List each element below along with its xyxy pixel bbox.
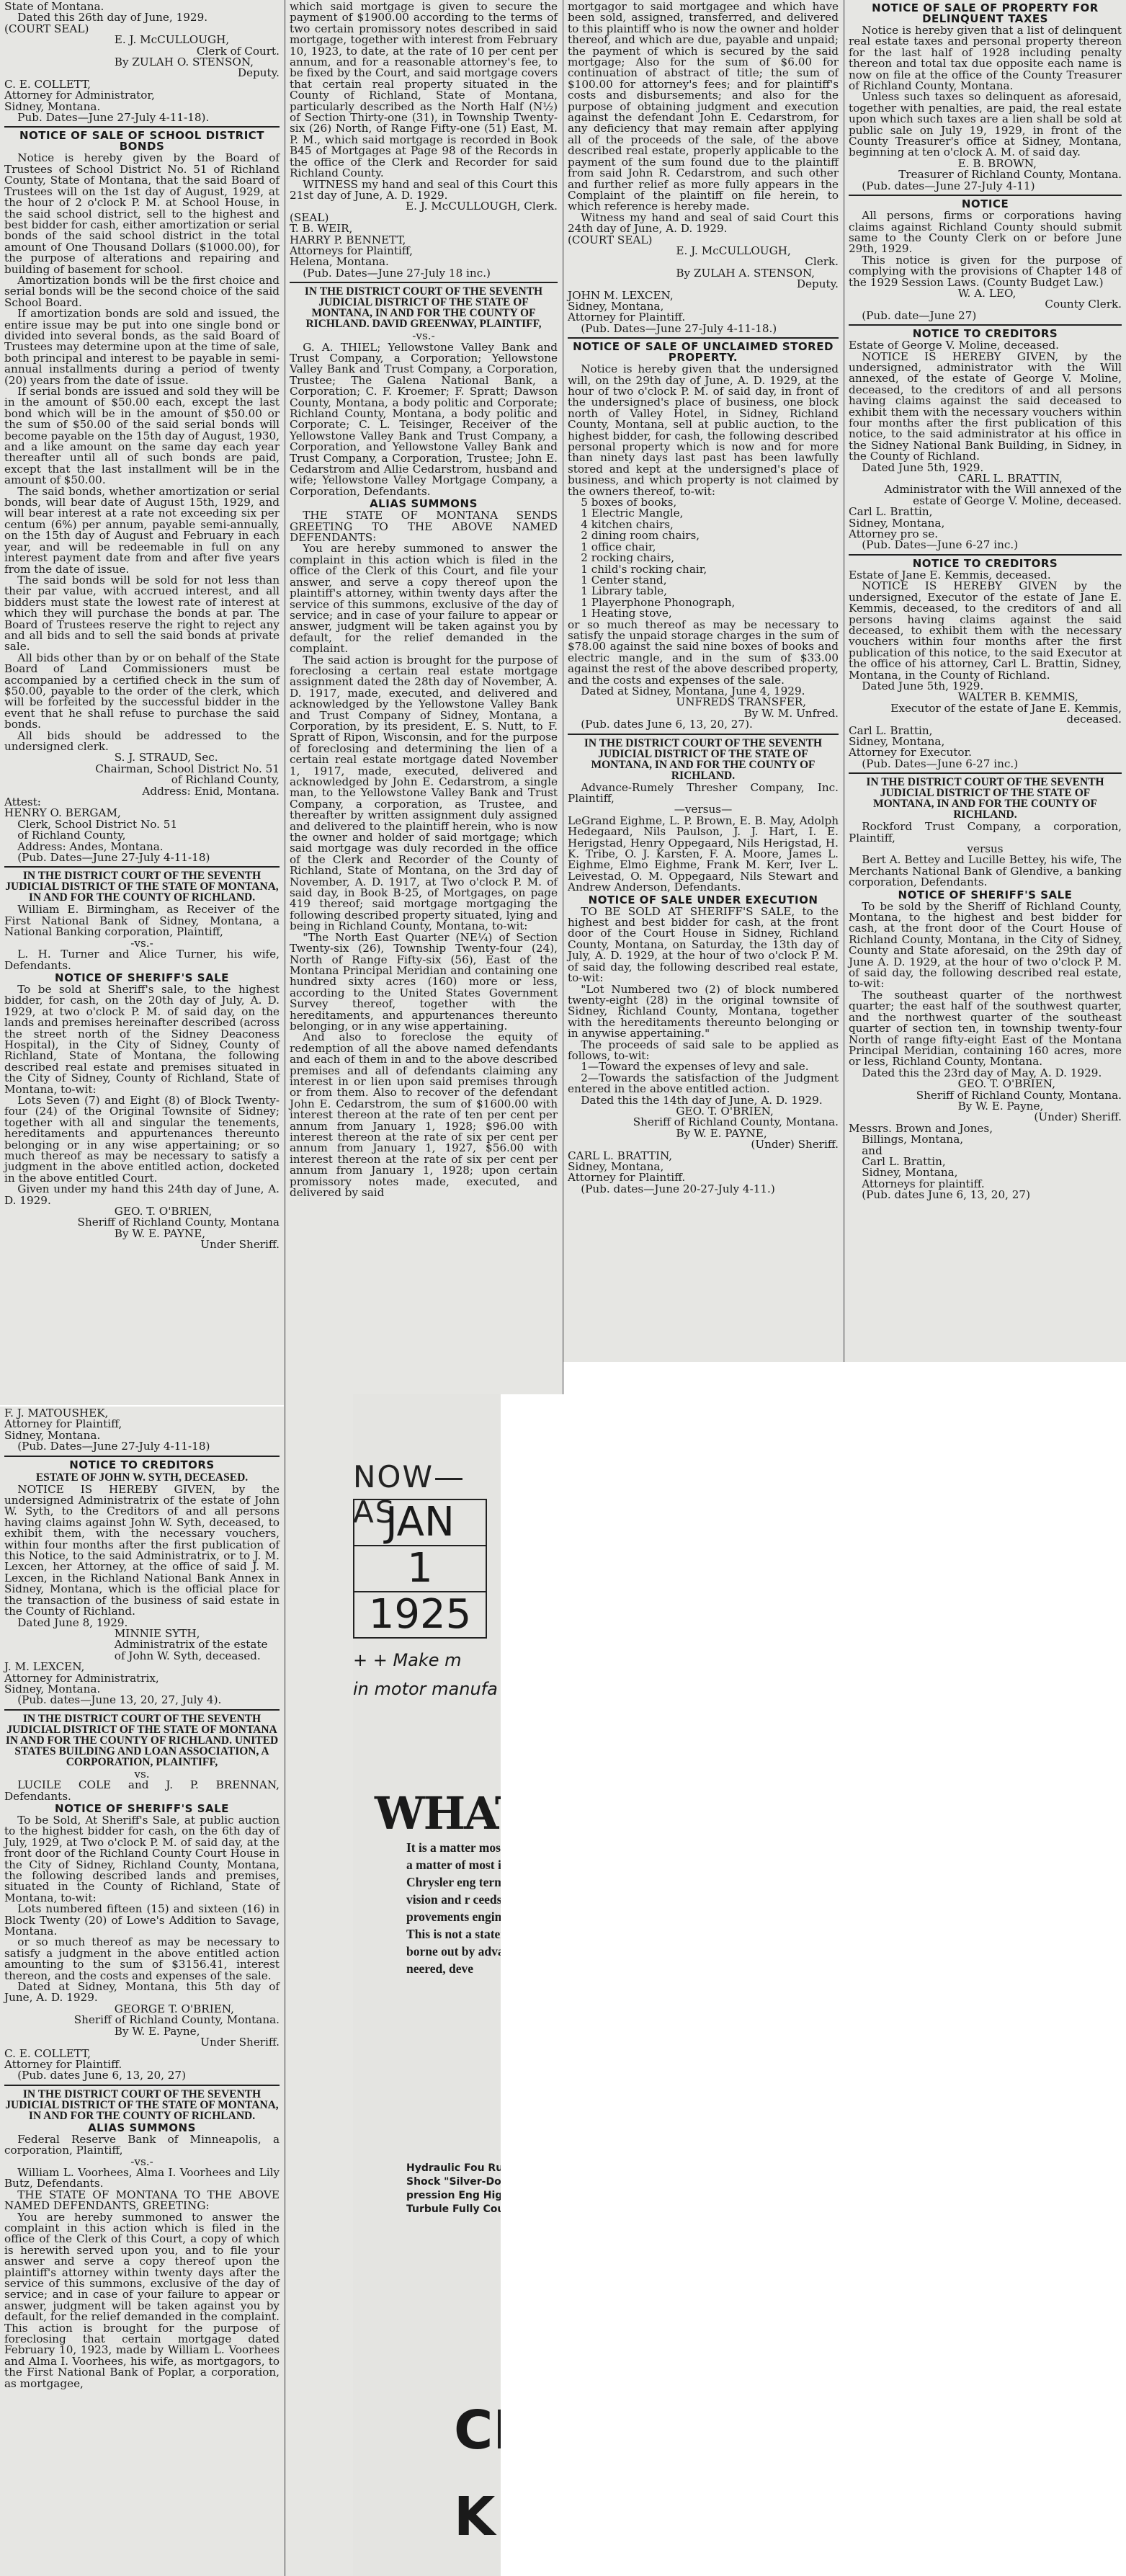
parties: LUCILE COLE and J. P. BRENNAN, Defendant… [4,1780,280,1802]
pub-dates: (Pub. Dates—June 27-July 4-11-18.) [568,324,839,334]
divider [290,282,558,283]
paragraph: Witness my hand and seal of said Court t… [568,213,839,235]
paragraph: or so much thereof as may be necessary t… [568,620,839,686]
paragraph: The said bonds will be sold for not less… [4,575,280,653]
calendar-icon: JAN 1 1925 [353,1499,487,1639]
ad-brand: CH [454,2399,501,2461]
signature-title: Address: Enid, Montana. [4,786,280,797]
paragraph: which said mortgage is given to secure t… [290,1,558,179]
notice-title: NOTICE OF SHERIFF'S SALE [4,1804,280,1814]
column-divider [563,0,563,1394]
pub-dates: (Pub. dates—June 27-July 4-11) [849,181,1122,192]
divider [568,337,839,339]
paragraph: NOTICE IS HEREBY GIVEN, by the undersign… [4,1484,280,1618]
parties: Rockford Trust Company, a corporation, P… [849,821,1122,844]
paragraph: NOTICE IS HEREBY GIVEN by the undersigne… [849,581,1122,681]
estate-name: ESTATE OF JOHN W. SYTH, deceased. [4,1472,280,1483]
paragraph: Unless such taxes so delinquent as afore… [849,92,1122,158]
pub-dates: (Pub. dates—June 13, 20, 27, July 4). [4,1695,280,1706]
divider [849,324,1122,326]
paragraph: All bids other than by or on behalf of t… [4,653,280,731]
court-header: IN THE DISTRICT COURT OF THE SEVENTH JUD… [568,738,839,781]
signature: E. J. McCULLOUGH, [568,246,839,257]
column-divider [844,0,844,1362]
column-3: mortgagor to said mortgagee and which ha… [563,0,843,1362]
pub-dates: (Pub. Dates—June 27-July 4-11-18) [4,852,280,863]
ad-features: Hydraulic Fou Rubber Shock "Silver-Dome"… [406,2162,501,2216]
pub-dates: (Pub. dates—June 20-27-July 4-11.) [568,1184,839,1195]
paragraph: 2—Towards the satisfaction of the Judgme… [568,1073,839,1095]
court-header: IN THE DISTRICT COURT OF THE SEVENTH JUD… [849,777,1122,820]
paragraph: All persons, firms or corporations havin… [849,210,1122,255]
paragraph: Amortization bonds will be the first cho… [4,275,280,308]
paragraph: You are hereby summoned to answer the co… [290,543,558,654]
signature: MINNIE SYTH, Administratrix of the estat… [4,1628,280,1662]
notice-title: NOTICE OF SALE OF PROPERTY FOR DELINQUEN… [849,3,1122,24]
notice-title: NOTICE [849,199,1122,210]
notice-title: ALIAS SUMMONS [4,2123,280,2134]
pub-dates: (Pub. date—June 27) [849,311,1122,321]
paragraph: You are hereby summoned to answer the co… [4,2212,280,2390]
pub-dates: (Pub. dates June 6, 13, 20, 27). [568,719,839,730]
advertisement-chrysler: WHAT It is a matter most in creat a matt… [353,1758,501,2576]
paragraph: "Lot Numbered two (2) of block numbered … [568,984,839,1040]
ad-dealer: KREIS [454,2486,501,2548]
calendar-day: 1 [354,1546,486,1592]
paragraph: or so much thereof as may be necessary t… [4,1937,280,1982]
advertisement-gap [285,1394,353,2576]
signature-title: Administrator with the Will annexed of t… [849,484,1122,507]
divider [568,734,839,735]
notice-title: NOTICE OF SALE OF SCHOOL DISTRICT BONDS [4,130,280,152]
notice-title: NOTICE TO CREDITORS [849,329,1122,339]
advertisement-calendar: NOW—AS JAN 1 1925 + + Make m in motor ma… [353,1394,501,1758]
parties: L. H. Turner and Alice Turner, his wife,… [4,949,280,971]
calendar-year: 1925 [354,1592,486,1637]
divider [4,2085,280,2086]
paragraph: Given under my hand this 24th day of Jun… [4,1184,280,1206]
notice-title: NOTICE OF SALE UNDER EXECUTION [568,895,839,906]
paragraph: Lots Seven (7) and Eight (8) of Block Tw… [4,1095,280,1184]
court-header: IN THE DISTRICT COURT OF THE SEVENTH JUD… [290,286,558,329]
paragraph: The said action is brought for the purpo… [290,655,558,932]
notice-title: NOTICE TO CREDITORS [849,558,1122,569]
pub-dates: (Pub. Dates—June 27-July 18 inc.) [290,268,558,279]
pub-dates: (Pub. Dates—June 6-27 inc.) [849,759,1122,770]
parties: LeGrand Eighme, L. P. Brown, E. B. May, … [568,816,839,893]
divider [849,554,1122,556]
signature-title: Under Sheriff. [4,1239,280,1250]
divider [4,866,280,868]
court-header: IN THE DISTRICT COURT OF THE SEVENTH JUD… [4,870,280,903]
paragraph: To be Sold, At Sheriff's Sale, at public… [4,1815,280,1904]
attorney: Billings, Montana, [849,1134,1122,1145]
column-2: which said mortgage is given to secure t… [285,0,562,1394]
divider [4,126,280,128]
paragraph: And also to foreclose the equity of rede… [290,1032,558,1198]
court-header: IN THE DISTRICT COURT OF THE SEVENTH JUD… [4,2089,280,2121]
column-1-bottom: F. J. MATOUSHEK, Attorney for Plaintiff,… [0,1407,284,2576]
parties: Advance-Rumely Thresher Company, Inc. Pl… [568,783,839,805]
paragraph: If amortization bonds are sold and issue… [4,308,280,386]
paragraph: Notice is hereby given that a list of de… [849,25,1122,92]
notice-title: NOTICE OF SALE OF UNCLAIMED STORED PROPE… [568,342,839,363]
pub-dates: (Pub. Dates—June 27-July 4-11-18) [4,1441,280,1452]
ad-text: in motor manufa [353,1679,498,1699]
paragraph: To be sold at Sheriff's sale, to the hig… [4,984,280,1095]
pub-dates: (Pub. Dates—June 6-27 inc.) [849,540,1122,551]
paragraph: Notice is hereby given by the Board of T… [4,153,280,275]
notice-title: NOTICE OF SHERIFF'S SALE [4,973,280,984]
divider [4,1709,280,1711]
paragraph: TO BE SOLD AT SHERIFF'S SALE, to the hig… [568,906,839,984]
parties: Federal Reserve Bank of Minneapolis, a c… [4,2134,280,2157]
paragraph: If serial bonds are issued and sold they… [4,386,280,486]
parties: Bert A. Bettey and Lucille Bettey, his w… [849,855,1122,888]
paragraph: The proceeds of said sale to be applied … [568,1040,839,1062]
pub-dates: Pub. Dates—June 27-July 4-11-18). [4,112,280,123]
calendar-month: JAN [354,1500,486,1546]
paragraph: mortgagor to said mortgagee and which ha… [568,1,839,213]
ad-headline: WHAT [375,1787,501,1840]
paragraph: The said bonds, whether amortization or … [4,486,280,575]
paragraph: To be sold by the Sheriff of Richland Co… [849,901,1122,990]
column-4: NOTICE OF SALE OF PROPERTY FOR DELINQUEN… [844,0,1126,1362]
pub-dates: (Pub. dates June 6, 13, 20, 27) [849,1190,1122,1200]
paragraph: Notice is hereby given that the undersig… [568,364,839,497]
divider [849,772,1122,774]
divider [4,1456,280,1457]
signature: E. J. McCULLOUGH, Clerk. [290,201,558,212]
notice-title: NOTICE TO CREDITORS [4,1460,280,1471]
notice-title: ALIAS SUMMONS [290,499,558,509]
paragraph: All bids should be addressed to the unde… [4,731,280,753]
signature-title: Executor of the estate of Jane E. Kemmis… [849,703,1122,726]
divider [849,195,1122,196]
ad-copy: It is a matter most in creat a matter of… [406,1839,501,1977]
column-divider [285,0,285,2576]
paragraph: WITNESS my hand and seal of this Court t… [290,179,558,202]
parties: William L. Voorhees, Alma I. Voorhees an… [4,2167,280,2190]
notice-title: NOTICE OF SHERIFF'S SALE [849,890,1122,901]
ad-text: + + Make m [353,1650,462,1670]
pub-dates: (Pub. dates June 6, 13, 20, 27) [4,2070,280,2081]
paragraph: This notice is given for the purpose of … [849,255,1122,288]
parties: William E. Birmingham, as Receiver of th… [4,904,280,937]
paragraph: The southeast quarter of the northwest q… [849,990,1122,1068]
court-header: IN THE DISTRICT COURT OF THE SEVENTH JUD… [4,1713,280,1768]
paragraph: Dated at Sidney, Montana, this 5th day o… [4,1982,280,2004]
parties: G. A. THIEL; Yellowstone Valley Bank and… [290,342,558,498]
greeting: THE STATE OF MONTANA TO THE ABOVE NAMED … [4,2190,280,2212]
paragraph: NOTICE IS HEREBY GIVEN, by the undersign… [849,352,1122,463]
paragraph: "The North East Quarter (NE¼) of Section… [290,932,558,1033]
column-1-top: State of Montana. Dated this 26th day of… [0,0,284,1405]
paragraph: Lots numbered fifteen (15) and sixteen (… [4,1904,280,1937]
greeting: THE STATE OF MONTANA SENDS GREETING TO T… [290,510,558,543]
